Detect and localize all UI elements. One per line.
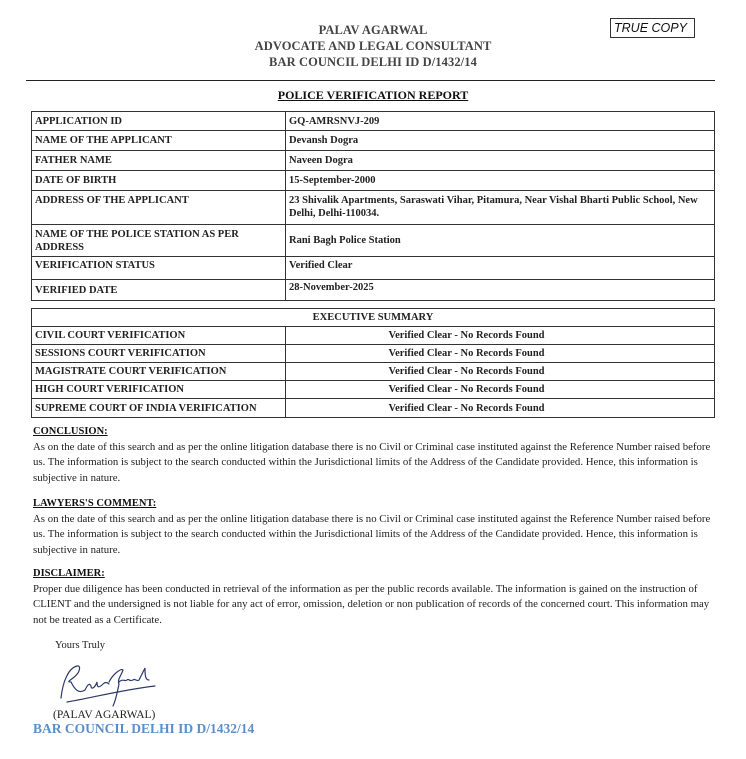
lawyers-comment-section: LAWYERS'S COMMENT: As on the date of thi…	[33, 496, 718, 558]
header-divider	[26, 80, 715, 81]
court-label: SESSIONS COURT VERIFICATION	[32, 345, 286, 363]
detail-value: Rani Bagh Police Station	[286, 225, 715, 257]
report-title: POLICE VERIFICATION REPORT	[0, 88, 746, 103]
conclusion-heading: CONCLUSION:	[33, 424, 718, 440]
detail-label: NAME OF THE POLICE STATION AS PER ADDRES…	[32, 225, 286, 257]
letterhead-title: ADVOCATE AND LEGAL CONSULTANT	[0, 38, 746, 54]
conclusion-section: CONCLUSION: As on the date of this searc…	[33, 424, 718, 486]
court-status: Verified Clear - No Records Found	[286, 399, 715, 418]
court-status: Verified Clear - No Records Found	[286, 345, 715, 363]
detail-label: ADDRESS OF THE APPLICANT	[32, 191, 286, 225]
detail-label: VERIFIED DATE	[32, 280, 286, 301]
signatory-name: (PALAV AGARWAL)	[53, 709, 155, 721]
table-row: CIVIL COURT VERIFICATION Verified Clear …	[32, 327, 715, 345]
table-row: MAGISTRATE COURT VERIFICATION Verified C…	[32, 363, 715, 381]
signature-icon	[51, 660, 161, 710]
detail-label: DATE OF BIRTH	[32, 171, 286, 191]
table-row: APPLICATION ID GQ-AMRSNVJ-209	[32, 112, 715, 131]
court-status: Verified Clear - No Records Found	[286, 381, 715, 399]
true-copy-stamp: TRUE COPY	[610, 18, 695, 38]
disclaimer-text: Proper due diligence has been conducted …	[33, 582, 718, 629]
table-row: VERIFIED DATE 28-November-2025	[32, 280, 715, 301]
table-row: FATHER NAME Naveen Dogra	[32, 151, 715, 171]
detail-value: Naveen Dogra	[286, 151, 715, 171]
table-row: SUPREME COURT OF INDIA VERIFICATION Veri…	[32, 399, 715, 418]
applicant-details-table: APPLICATION ID GQ-AMRSNVJ-209 NAME OF TH…	[31, 111, 715, 301]
detail-label: NAME OF THE APPLICANT	[32, 131, 286, 151]
table-row: NAME OF THE POLICE STATION AS PER ADDRES…	[32, 225, 715, 257]
table-row: ADDRESS OF THE APPLICANT 23 Shivalik Apa…	[32, 191, 715, 225]
lawyers-comment-text: As on the date of this search and as per…	[33, 512, 718, 559]
detail-value: 28-November-2025	[286, 280, 715, 301]
letterhead-bar-id: BAR COUNCIL DELHI ID D/1432/14	[0, 54, 746, 70]
signatory-bar-id: BAR COUNCIL DELHI ID D/1432/14	[33, 721, 254, 737]
lawyers-comment-heading: LAWYERS'S COMMENT:	[33, 496, 718, 512]
detail-value: Verified Clear	[286, 257, 715, 280]
detail-value: 23 Shivalik Apartments, Saraswati Vihar,…	[286, 191, 715, 225]
table-row: SESSIONS COURT VERIFICATION Verified Cle…	[32, 345, 715, 363]
table-row: HIGH COURT VERIFICATION Verified Clear -…	[32, 381, 715, 399]
table-row: VERIFICATION STATUS Verified Clear	[32, 257, 715, 280]
detail-value: GQ-AMRSNVJ-209	[286, 112, 715, 131]
table-header-row: EXECUTIVE SUMMARY	[32, 309, 715, 327]
court-label: SUPREME COURT OF INDIA VERIFICATION	[32, 399, 286, 418]
court-label: HIGH COURT VERIFICATION	[32, 381, 286, 399]
conclusion-text: As on the date of this search and as per…	[33, 440, 718, 487]
court-label: CIVIL COURT VERIFICATION	[32, 327, 286, 345]
court-status: Verified Clear - No Records Found	[286, 363, 715, 381]
executive-summary-table: EXECUTIVE SUMMARY CIVIL COURT VERIFICATI…	[31, 308, 715, 418]
executive-summary-heading: EXECUTIVE SUMMARY	[32, 309, 715, 327]
table-row: DATE OF BIRTH 15-September-2000	[32, 171, 715, 191]
table-row: NAME OF THE APPLICANT Devansh Dogra	[32, 131, 715, 151]
court-label: MAGISTRATE COURT VERIFICATION	[32, 363, 286, 381]
detail-label: FATHER NAME	[32, 151, 286, 171]
closing-text: Yours Truly	[55, 640, 105, 651]
detail-label: VERIFICATION STATUS	[32, 257, 286, 280]
court-status: Verified Clear - No Records Found	[286, 327, 715, 345]
disclaimer-section: DISCLAIMER: Proper due diligence has bee…	[33, 566, 718, 628]
detail-value: Devansh Dogra	[286, 131, 715, 151]
detail-value: 15-September-2000	[286, 171, 715, 191]
detail-label: APPLICATION ID	[32, 112, 286, 131]
disclaimer-heading: DISCLAIMER:	[33, 566, 718, 582]
